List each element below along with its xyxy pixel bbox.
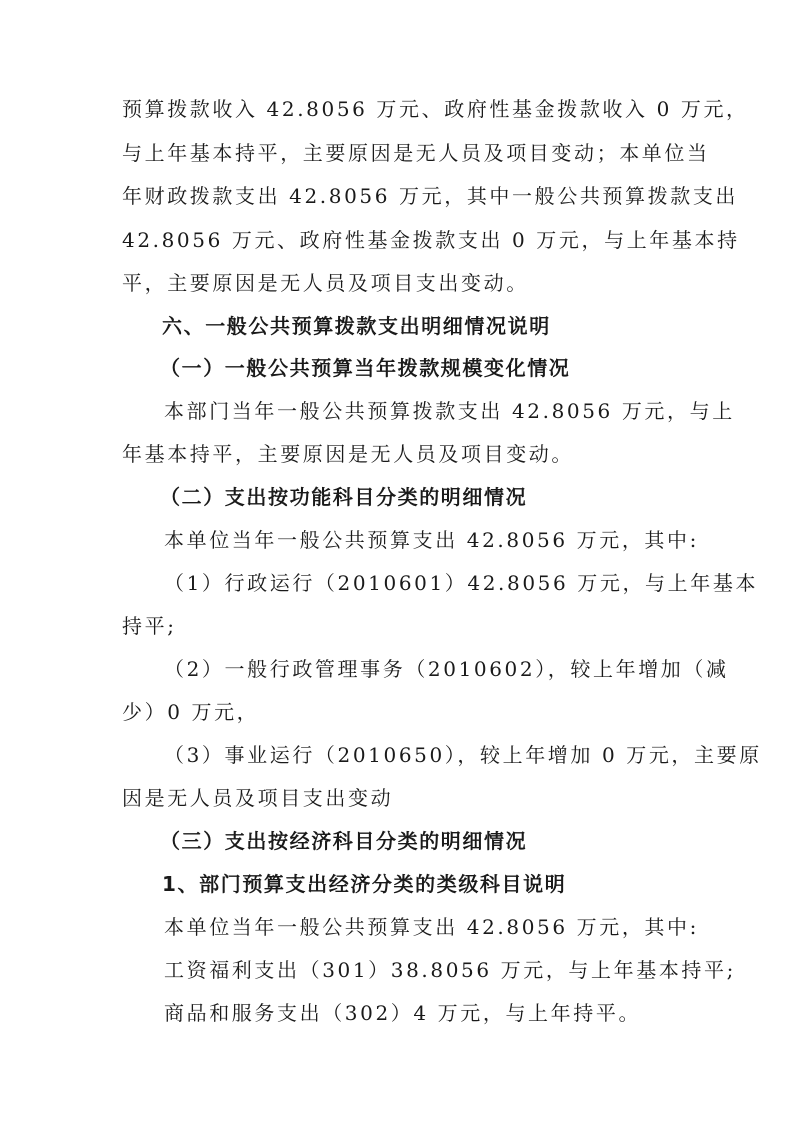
- list-item-line: 少）0 万元，: [122, 699, 259, 725]
- paragraph-line: 商品和服务支出（302）4 万元，与上年持平。: [164, 1000, 641, 1026]
- list-item-line: 因是无人员及项目支出变动: [122, 785, 393, 811]
- paragraph-line: 预算拨款收入 42.8056 万元、政府性基金拨款收入 0 万元，: [122, 96, 749, 122]
- paragraph-line: 本部门当年一般公共预算拨款支出 42.8056 万元，与上: [164, 398, 735, 424]
- list-item-line: 持平;: [122, 613, 177, 639]
- paragraph-line: 42.8056 万元、政府性基金拨款支出 0 万元，与上年基本持: [122, 227, 740, 253]
- paragraph-line: 平，主要原因是无人员及项目支出变动。: [122, 270, 529, 296]
- subsection-heading: （三）支出按经济科目分类的明细情况: [160, 828, 527, 854]
- paragraph-line: 工资福利支出（301）38.8056 万元，与上年基本持平;: [164, 957, 736, 983]
- sub-subsection-heading: 1、部门预算支出经济分类的类级科目说明: [162, 871, 566, 897]
- subsection-heading: （一）一般公共预算当年拨款规模变化情况: [160, 355, 570, 381]
- list-item-line: （2）一般行政管理事务（2010602），较上年增加（减: [164, 656, 729, 682]
- paragraph-line: 年基本持平，主要原因是无人员及项目变动。: [122, 441, 574, 467]
- document-page: 预算拨款收入 42.8056 万元、政府性基金拨款收入 0 万元， 与上年基本持…: [0, 0, 793, 1122]
- list-item-line: （3）事业运行（2010650），较上年增加 0 万元，主要原: [164, 742, 762, 768]
- paragraph-line: 年财政拨款支出 42.8056 万元，其中一般公共预算拨款支出: [122, 183, 738, 209]
- section-heading: 六、一般公共预算拨款支出明细情况说明: [162, 313, 551, 339]
- paragraph-line: 本单位当年一般公共预算支出 42.8056 万元，其中:: [164, 527, 699, 553]
- paragraph-line: 与上年基本持平，主要原因是无人员及项目变动；本单位当: [122, 140, 710, 166]
- subsection-heading: （二）支出按功能科目分类的明细情况: [160, 484, 527, 510]
- paragraph-line: 本单位当年一般公共预算支出 42.8056 万元，其中:: [164, 914, 699, 940]
- list-item-line: （1）行政运行（2010601）42.8056 万元，与上年基本: [164, 570, 758, 596]
